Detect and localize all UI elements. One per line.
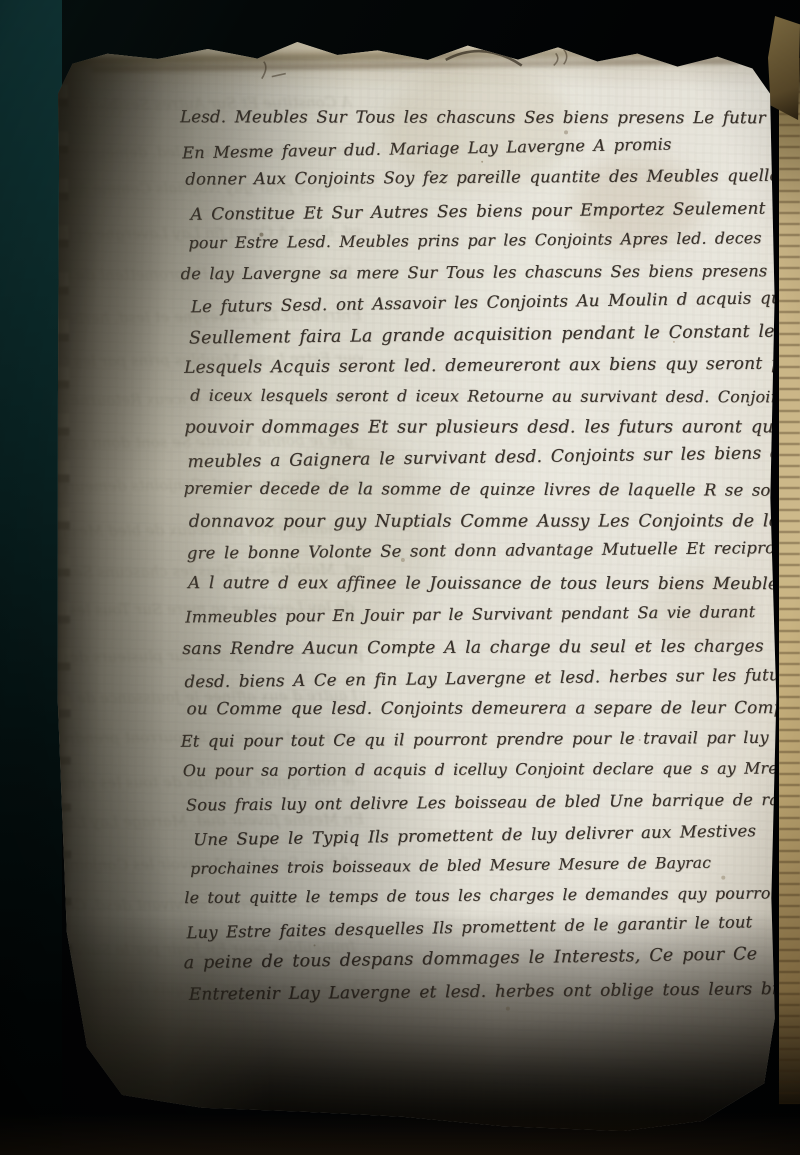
- manuscript-line: premier decede de la somme de quinze liv…: [183, 478, 788, 499]
- bottom-shadow: [0, 1113, 800, 1155]
- manuscript-line: Le futurs Sesd. ont Assavoir les Conjoin…: [191, 288, 792, 316]
- manuscript-line: Lesquels Acquis seront led. demeureront …: [184, 353, 800, 378]
- manuscript-line: gre le bonne Volonte Se sont donn advant…: [186, 537, 800, 562]
- manuscript-photo: A Constitue Et Sur Autres Ses biens pour…: [0, 0, 800, 1155]
- manuscript-line: desd. biens A Ce en fin Lay Lavergne et …: [184, 665, 796, 691]
- manuscript-line: Ou pour sa portion d acquis d icelluy Co…: [183, 758, 800, 780]
- manuscript-line: Lesd. Meubles Sur Tous les chascuns Ses …: [180, 107, 766, 127]
- manuscript-line: Une Supe le Typiq Ils promettent de luy …: [193, 821, 756, 849]
- manuscript-line: pour Estre Lesd. Meubles prins par les C…: [188, 228, 761, 252]
- manuscript-line: A Constitue Et Sur Autres Ses biens pour…: [190, 198, 765, 224]
- manuscript-line: d iceux lesquels seront d iceux Retourne…: [190, 386, 800, 407]
- manuscript-line: Et qui pour tout Ce qu il pourront prend…: [181, 727, 800, 750]
- manuscript-line: ou Comme que lesd. Conjoints demeurera a…: [186, 697, 800, 718]
- manuscript-line: donnavoz pour guy Nuptials Comme Aussy L…: [189, 511, 800, 531]
- torn-top-edge: [62, 33, 754, 58]
- torn-edge-fragment-top-right: [768, 16, 800, 120]
- book-fore-edge-pages: [779, 58, 800, 1104]
- manuscript-line: le tout quitte le temps de tous les char…: [185, 883, 788, 907]
- background-left-teal: [0, 0, 62, 1155]
- manuscript-line: En Mesme faveur dud. Mariage Lay Lavergn…: [182, 134, 672, 162]
- manuscript-text: Lesd. Meubles Sur Tous les chascuns Ses …: [182, 104, 792, 1067]
- manuscript-line: a peine de tous despans dommages le Inte…: [184, 944, 758, 973]
- manuscript-line: Entretenir Lay Lavergne et lesd. herbes …: [189, 978, 800, 1004]
- manuscript-line: Luy Estre faites desquelles Ils promette…: [186, 913, 752, 943]
- manuscript-line: de lay Lavergne sa mere Sur Tous les cha…: [181, 261, 768, 283]
- manuscript-line: Seullement faira La grande acquisition p…: [189, 321, 800, 349]
- manuscript-line: Sous frais luy ont delivre Les boisseau …: [186, 789, 800, 814]
- manuscript-page: A Constitue Et Sur Autres Ses biens pour…: [48, 34, 781, 1133]
- manuscript-line: sans Rendre Aucun Compte A la charge du …: [182, 637, 764, 660]
- manuscript-line: pouvoir dommages Et sur plusieurs desd. …: [184, 417, 800, 437]
- manuscript-line: meubles a Gaignera le survivant desd. Co…: [187, 443, 792, 472]
- manuscript-line: Immeubles pour En Jouir par le Survivant…: [185, 602, 755, 626]
- fore-edge-page-ticks: [779, 58, 800, 1104]
- manuscript-line: donner Aux Conjoints Soy fez pareille qu…: [185, 166, 779, 189]
- manuscript-line: prochaines trois boisseaux de bled Mesur…: [190, 853, 711, 877]
- manuscript-line: A l autre d eux affinee le Jouissance de…: [188, 572, 800, 593]
